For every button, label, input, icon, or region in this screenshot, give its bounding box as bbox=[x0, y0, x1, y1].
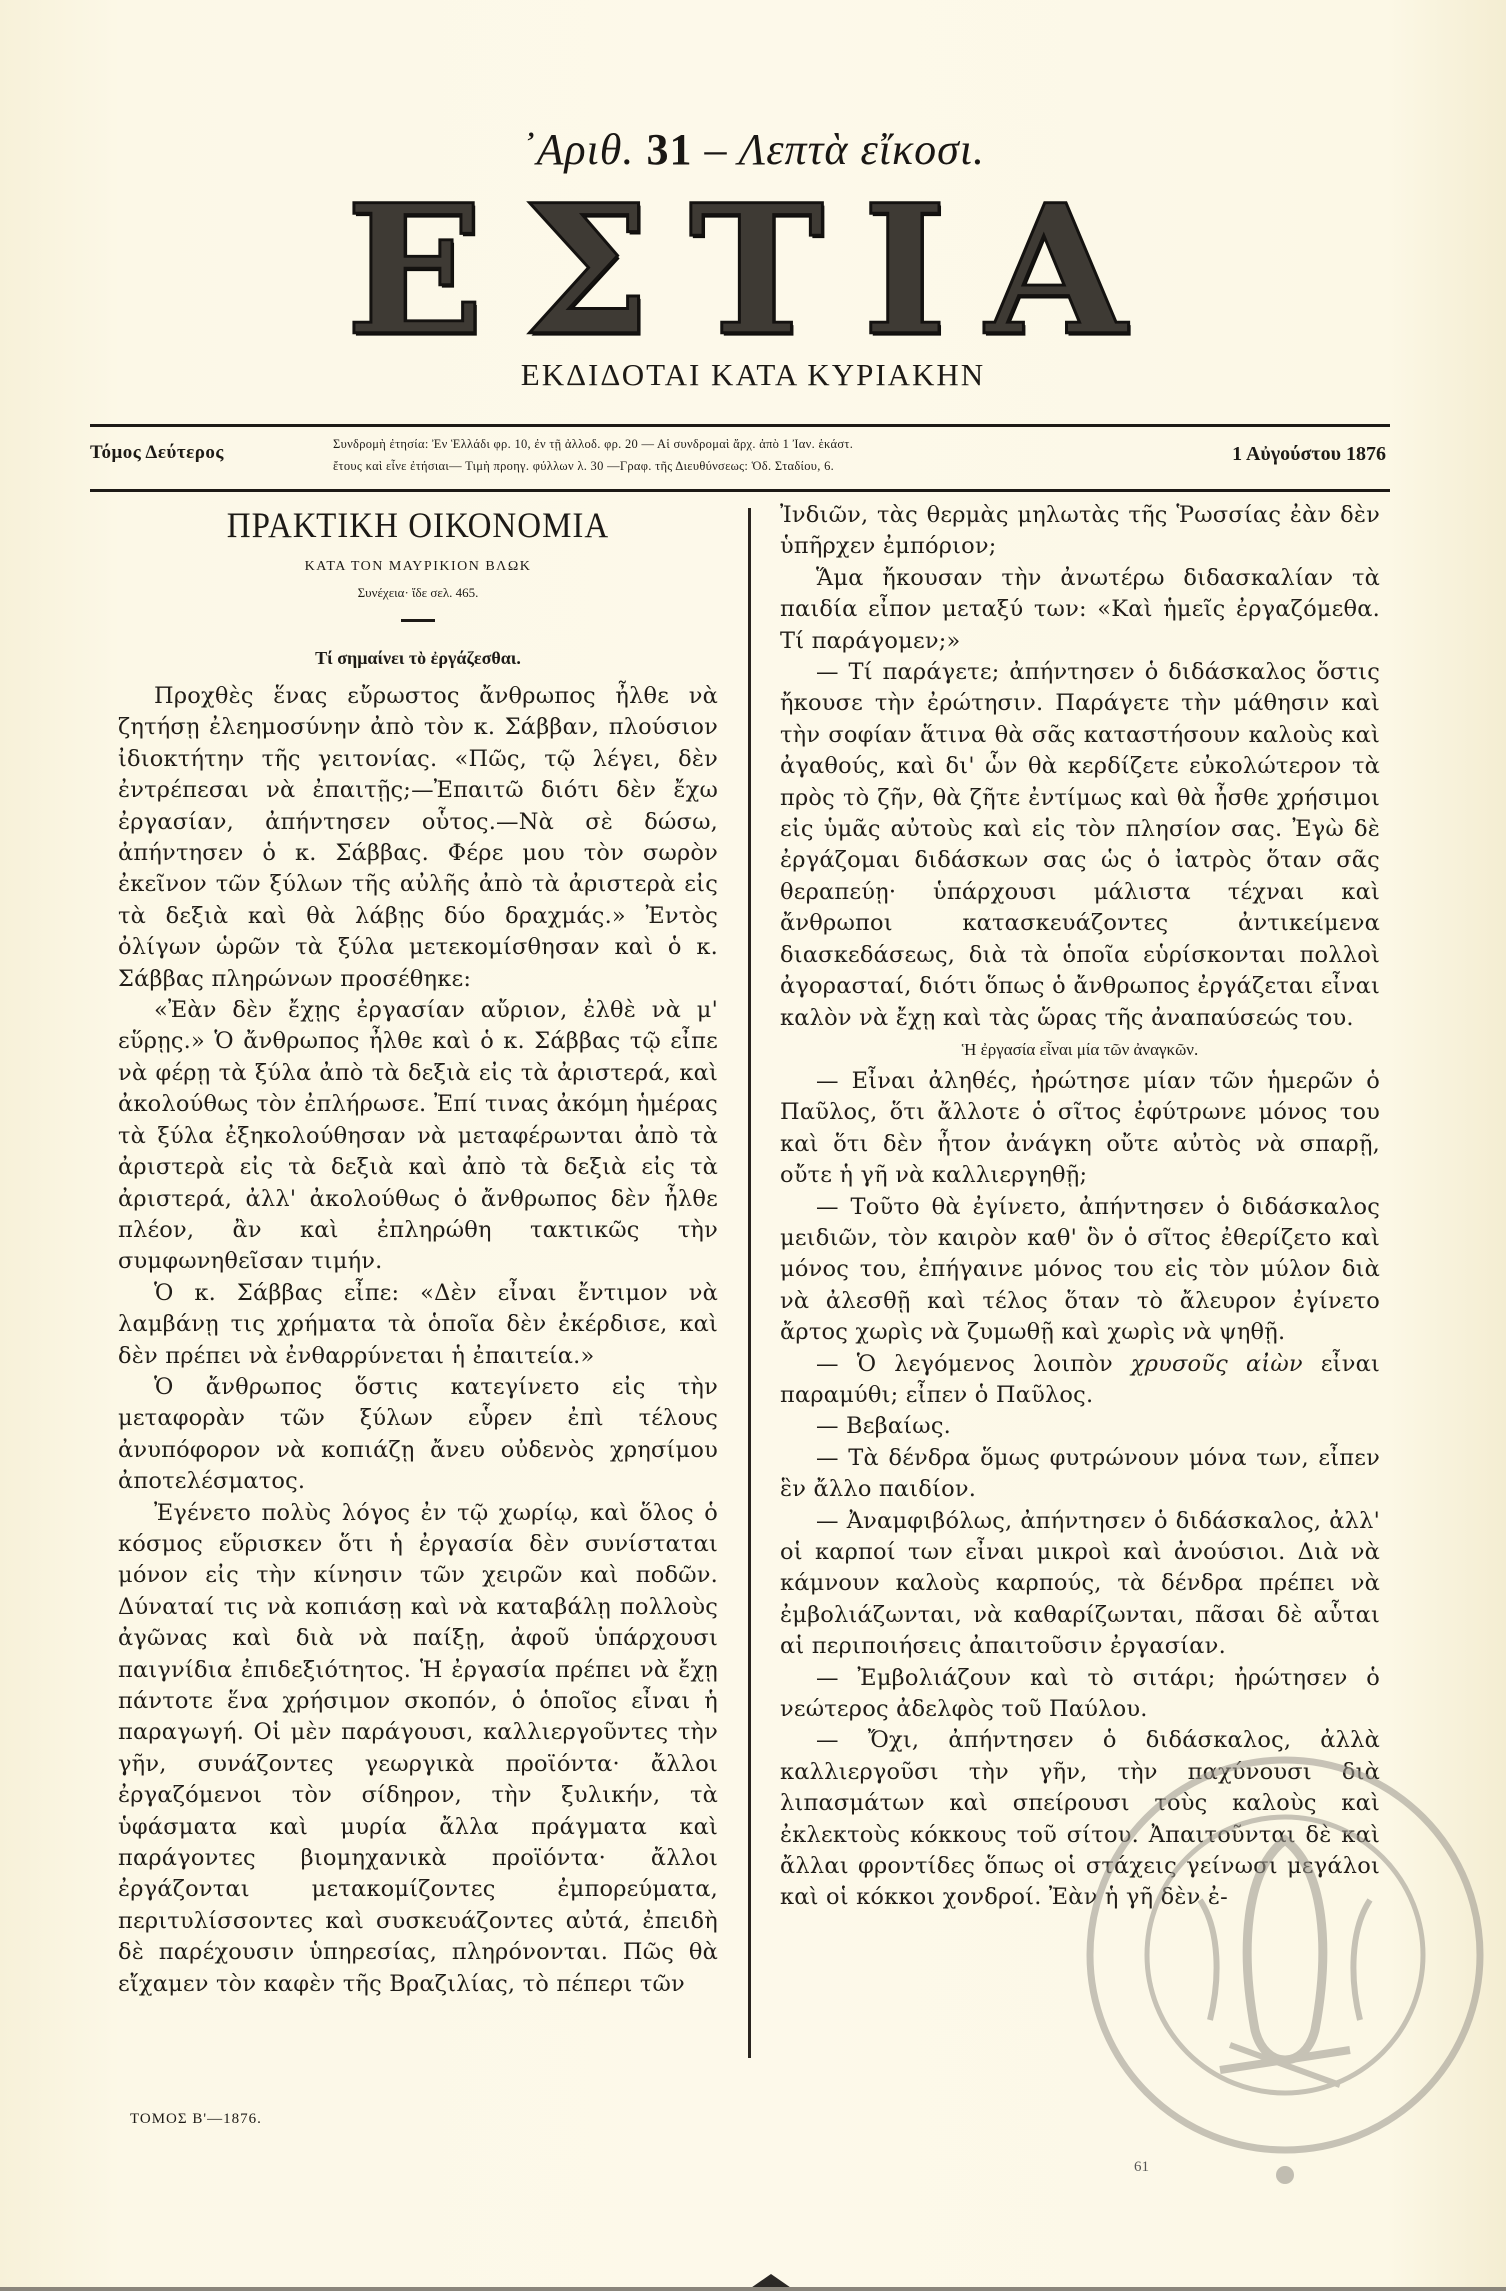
issue-date: 1 Αὐγούστου 1876 bbox=[1232, 443, 1386, 466]
page-number: 61 bbox=[1134, 2159, 1149, 2176]
paragraph: Ἐγένετο πολὺς λόγος ἐν τῷ χωρίῳ, καὶ ὅλο… bbox=[118, 1498, 718, 2001]
paragraph: Ὁ ἄνθρωπος ὅστις κατεγίνετο εἰς τὴν μετα… bbox=[118, 1372, 718, 1498]
section-heading-2: Ἡ ἐργασία εἶναι μία τῶν ἀναγκῶν. bbox=[780, 1040, 1380, 1060]
column-divider bbox=[748, 508, 751, 2058]
subscription-line-2: ἔτους καὶ εἶνε ἐτήσιαι— Τιμὴ προηγ. φύλλ… bbox=[333, 455, 1163, 477]
article-byline: ΚΑΤΑ ΤΟΝ ΜΑΥΡΙΚΙΟΝ ΒΛΩΚ bbox=[118, 559, 718, 575]
page-edge bbox=[0, 2287, 1506, 2291]
masthead-title: ΕΣΤΙΑ bbox=[210, 201, 1300, 338]
volume-label: Τόμος Δεύτερος bbox=[90, 442, 224, 464]
paragraph-with-italic: — Ὁ λεγόμενος λοιπὸν χρυσοῦς αἰὼν εἶναι … bbox=[780, 1349, 1380, 1412]
paragraph: Προχθὲς ἕνας εὔρωστος ἄνθρωπος ἦλθε νὰ ζ… bbox=[118, 681, 718, 995]
volume-footer-mark: ΤΟΜΟΣ Β'—1876. bbox=[130, 2111, 262, 2128]
continued-note: Συνέχεια· ἴδε σελ. 465. bbox=[118, 585, 718, 601]
right-column: Ἰνδιῶν, τὰς θερμὰς μηλωτὰς τῆς Ῥωσσίας ἐ… bbox=[780, 500, 1380, 1914]
paragraph: Ὁ κ. Σάββας εἶπε: «Δὲν εἶναι ἔντιμον νὰ … bbox=[118, 1278, 718, 1372]
masthead-subtitle: ΕΚΔΙΔΟΤΑΙ ΚΑΤΑ ΚΥΡΙΑΚΗΝ bbox=[0, 357, 1506, 393]
paragraph: — Βεβαίως. bbox=[780, 1411, 1380, 1442]
title-separator bbox=[401, 619, 435, 622]
paragraph: — Ὄχι, ἀπήντησεν ὁ διδάσκαλος, ἀλλὰ καλλ… bbox=[780, 1725, 1380, 1913]
left-column: ΠΡΑΚΤΙΚΗ ΟΙΚΟΝΟΜΙΑ ΚΑΤΑ ΤΟΝ ΜΑΥΡΙΚΙΟΝ ΒΛ… bbox=[118, 500, 718, 2000]
header-rule-top bbox=[90, 424, 1390, 427]
paragraph: — Ἐμβολιάζουν καὶ τὸ σιτάρι; ἠρώτησεν ὁ … bbox=[780, 1663, 1380, 1726]
header-rule-bottom bbox=[90, 489, 1390, 492]
paragraph: Ἰνδιῶν, τὰς θερμὰς μηλωτὰς τῆς Ῥωσσίας ἐ… bbox=[780, 500, 1380, 563]
paragraph: — Τί παράγετε; ἀπήντησεν ὁ διδάσκαλος ὅσ… bbox=[780, 657, 1380, 1034]
paragraph: — Τὰ δένδρα ὅμως φυτρώνουν μόνα των, εἶπ… bbox=[780, 1443, 1380, 1506]
section-heading-1: Τί σημαίνει τὸ ἐργάζεσθαι. bbox=[118, 648, 718, 669]
subscription-line-1: Συνδρομὴ ἐτησία: Ἐν Ἑλλάδι φρ. 10, ἐν τῇ… bbox=[333, 433, 1163, 455]
paragraph: — Εἶναι ἀληθές, ἠρώτησε μίαν τῶν ἡμερῶν … bbox=[780, 1066, 1380, 1192]
paragraph: Ἅμα ἤκουσαν τὴν ἀνωτέρω διδασκαλίαν τὰ π… bbox=[780, 563, 1380, 657]
paragraph: — Ἀναμφιβόλως, ἀπήντησεν ὁ διδάσκαλος, ἀ… bbox=[780, 1506, 1380, 1663]
paragraph: «Ἐὰν δὲν ἔχῃς ἐργασίαν αὔριον, ἐλθὲ νὰ μ… bbox=[118, 995, 718, 1278]
subscription-info: Συνδρομὴ ἐτησία: Ἐν Ἑλλάδι φρ. 10, ἐν τῇ… bbox=[333, 433, 1163, 477]
paragraph: — Τοῦτο θὰ ἐγίνετο, ἀπήντησεν ὁ διδάσκαλ… bbox=[780, 1192, 1380, 1349]
article-title: ΠΡΑΚΤΙΚΗ ΟΙΚΟΝΟΜΙΑ bbox=[118, 506, 718, 547]
publication-meta-bar: Τόμος Δεύτερος Συνδρομὴ ἐτησία: Ἐν Ἑλλάδ… bbox=[90, 430, 1390, 486]
newspaper-page: ᾿Αριθ. 31 – Λεπτὰ εἴκοσι. ΕΣΤΙΑ ΕΚΔΙΔΟΤΑ… bbox=[0, 0, 1506, 2291]
